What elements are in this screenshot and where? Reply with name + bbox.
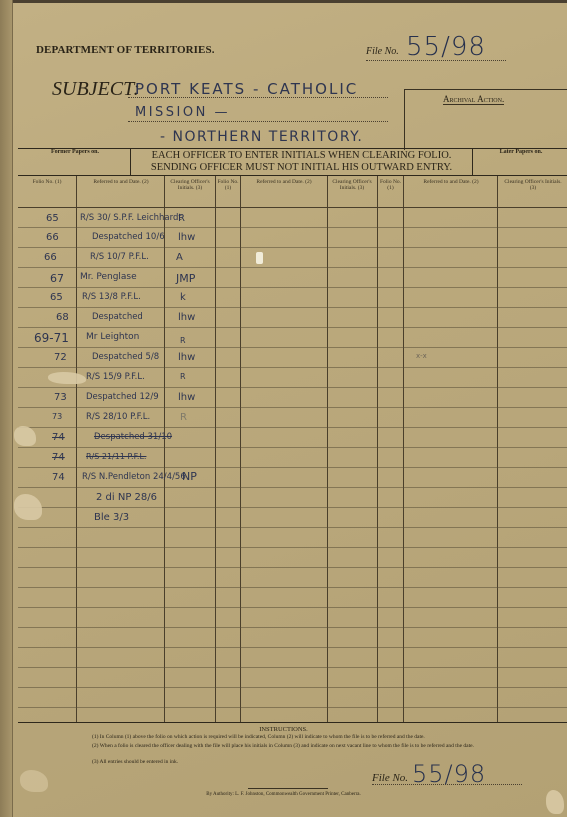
row-referred: R/S N.Pendleton 24/4/56: [82, 472, 186, 482]
header-folio-1: Folio No. (1): [18, 179, 76, 185]
column-divider: [377, 176, 378, 722]
row-rule: [18, 567, 567, 568]
row-folio: 74: [52, 472, 65, 483]
row-referred: Despatched: [92, 312, 143, 322]
row-initials: R: [180, 372, 186, 381]
header-referred-2: Referred to and Date. (2): [248, 179, 320, 185]
column-divider: [403, 176, 404, 722]
row-referred: Despatched 31/10: [94, 432, 172, 442]
later-papers-label: Later Papers on.: [476, 149, 566, 155]
row-rule: [18, 307, 567, 308]
paper-tear: [48, 372, 86, 384]
row-referred: R/S 21/11 P.F.L.: [86, 452, 146, 461]
row-rule: [18, 427, 567, 428]
row-initials: k: [180, 292, 186, 303]
row-referred: Despatched 5/8: [92, 352, 159, 362]
row-initials: JMP: [176, 272, 195, 285]
row-rule: [18, 227, 567, 228]
row-folio: 68: [56, 312, 69, 323]
column-divider: [76, 176, 77, 722]
row-rule: [18, 687, 567, 688]
row-folio: 67: [50, 272, 64, 285]
subject-dotted-line: [128, 121, 388, 122]
row-rule: [18, 347, 567, 348]
header-clearing-1: Clearing Officer's Initials. (3): [167, 179, 213, 191]
row-rule: [18, 467, 567, 468]
row-folio: 65: [46, 213, 59, 224]
row-folio: 74: [52, 452, 65, 463]
row-rule: [18, 407, 567, 408]
file-no-label: File No.: [372, 772, 408, 784]
row-rule: [18, 547, 567, 548]
row-referred: R/S 15/9 P.F.L.: [86, 372, 145, 382]
row-rule: [18, 587, 567, 588]
instructions-title: INSTRUCTIONS.: [0, 726, 567, 733]
column-divider: [164, 176, 165, 722]
stray-mark: x-x: [416, 352, 427, 360]
column-divider: [240, 176, 241, 722]
row-rule: [18, 387, 567, 388]
row-referred: R/S 10/7 P.F.L.: [90, 252, 149, 262]
file-no-label: File No.: [366, 46, 399, 57]
table-bottom-rule: [18, 722, 567, 723]
row-folio: 69-71: [34, 331, 69, 345]
row-rule: [18, 527, 567, 528]
header-rule: [18, 207, 567, 208]
archival-action-label: Archival Action.: [443, 94, 504, 105]
row-rule: [18, 607, 567, 608]
archival-action-box: Archival Action.: [404, 89, 567, 150]
row-rule: [18, 647, 567, 648]
subject-line-1: PORT KEATS - CATHOLIC: [135, 80, 358, 98]
instruction-1: (1) In Column (1) above the folio on whi…: [92, 734, 532, 741]
row-initials: lhw: [178, 312, 195, 323]
instruction-banner: EACH OFFICER TO ENTER INITIALS WHEN CLEA…: [130, 149, 473, 175]
row-rule: [18, 447, 567, 448]
row-initials: R: [180, 336, 186, 345]
row-initials: lhw: [178, 392, 195, 403]
folder-spine: [0, 0, 13, 817]
file-number-top: File No. 55/98: [366, 42, 506, 61]
row-folio: 73: [54, 392, 67, 403]
row-folio: 66: [44, 252, 57, 263]
row-rule: [18, 707, 567, 708]
row-referred: Despatched 10/6: [92, 232, 165, 242]
row-referred: 2 di NP 28/6: [96, 492, 157, 503]
row-referred: Ble 3/3: [94, 512, 129, 523]
row-initials: A: [176, 252, 183, 263]
header-referred-3: Referred to and Date. (2): [413, 179, 489, 185]
row-initials: lhw: [178, 232, 195, 243]
row-initials: lhw: [178, 352, 195, 363]
subject-label: SUBJECT:: [52, 78, 140, 101]
printer-rule: [248, 788, 328, 789]
top-edge: [0, 0, 567, 3]
column-divider: [327, 176, 328, 722]
header-clearing-2: Clearing Officer's Initials. (3): [329, 179, 375, 191]
row-rule: [18, 247, 567, 248]
row-folio: 72: [54, 352, 67, 363]
row-referred: Mr Leighton: [86, 332, 139, 342]
row-initials: R: [180, 412, 187, 423]
row-folio: 74: [52, 432, 65, 443]
row-initials: R: [178, 213, 185, 224]
file-cover-sheet: DEPARTMENT OF TERRITORIES. File No. 55/9…: [0, 0, 567, 817]
row-referred: Mr. Penglase: [80, 272, 137, 282]
row-rule: [18, 367, 567, 368]
row-folio: 65: [50, 292, 63, 303]
printer-imprint: By Authority: L. F. Johnston, Commonweal…: [0, 792, 567, 797]
row-referred: R/S 13/8 P.F.L.: [82, 292, 141, 302]
row-rule: [18, 327, 567, 328]
row-rule: [18, 667, 567, 668]
row-folio: 73: [52, 412, 62, 421]
row-rule: [18, 507, 567, 508]
paper-tear: [20, 770, 48, 792]
row-rule: [18, 287, 567, 288]
row-referred: R/S 30/ S.P.F. Leichhardt: [80, 213, 182, 223]
row-rule: [18, 267, 567, 268]
row-referred: R/S 28/10 P.F.L.: [86, 412, 150, 422]
column-divider: [215, 176, 216, 722]
subject-line-3: - NORTHERN TERRITORY.: [160, 129, 363, 145]
instruction-2: (2) When a folio is cleared the officer …: [92, 743, 532, 750]
folio-table: Folio No. (1) Referred to and Date. (2) …: [18, 176, 567, 722]
paper-spot: [256, 252, 263, 264]
header-referred-1: Referred to and Date. (2): [86, 179, 156, 185]
subject-line-2: MISSION —: [135, 105, 230, 120]
row-rule: [18, 487, 567, 488]
row-folio: 66: [46, 232, 59, 243]
header-folio-3: Folio No. (1): [378, 179, 403, 191]
header-folio-2: Folio No. (1): [216, 179, 240, 191]
file-no-value: 55/98: [412, 760, 486, 788]
file-number-bottom: File No. 55/98: [372, 766, 522, 785]
row-initials: NP: [182, 470, 197, 483]
column-divider: [497, 176, 498, 722]
banner-line-1: EACH OFFICER TO ENTER INITIALS WHEN CLEA…: [131, 150, 472, 162]
header-clearing-3: Clearing Officer's Initials. (3): [502, 179, 564, 191]
department-title: DEPARTMENT OF TERRITORIES.: [36, 44, 215, 56]
former-papers-label: Former Papers on.: [22, 149, 128, 155]
row-referred: Despatched 12/9: [86, 392, 159, 402]
banner-line-2: SENDING OFFICER MUST NOT INITIAL HIS OUT…: [131, 162, 472, 174]
row-rule: [18, 627, 567, 628]
file-no-value: 55/98: [406, 32, 486, 62]
